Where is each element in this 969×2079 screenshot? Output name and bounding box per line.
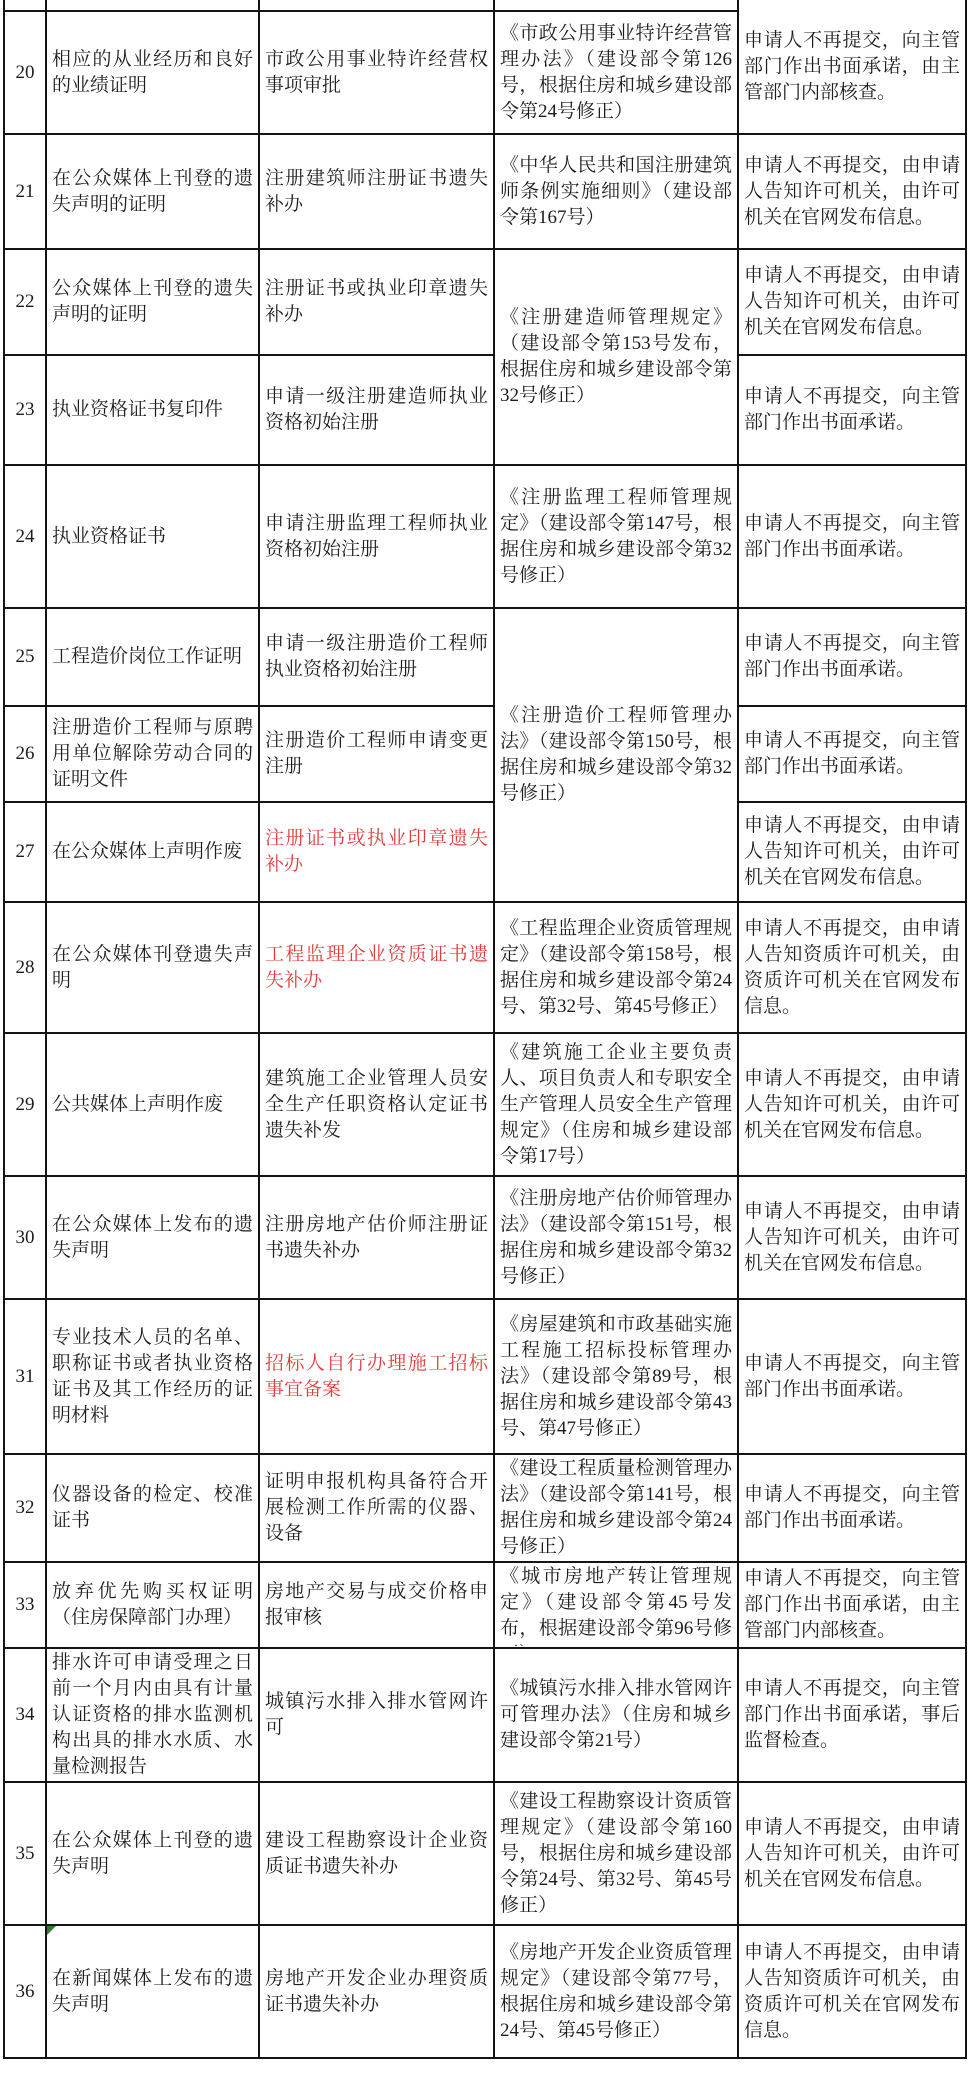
cell-basis: 《城市房地产转让管理规定》（建设部令第45号发布，根据建设部令第96号修正） [494,1562,738,1648]
cell-basis: 《工程监理企业资质管理规定》（建设部令第158号，根据住房和城乡建设部令第24号… [494,902,738,1033]
cell-method: 申请人不再提交，向主管部门作出书面承诺，由主管部门内部核查。 [738,1562,966,1648]
table-row: 35 在公众媒体上刊登的遗失声明 建设工程勘察设计企业资质证书遗失补办 《建设工… [4,1782,966,1925]
cell-material: 排水许可申请受理之日前一个月内由具有计量认证资格的排水监测机构出具的排水水质、水… [46,1648,259,1782]
cell-basis: 《市政公用事业特许经营管理办法》（建设部令第126号，根据住房和城乡建设部令第2… [494,11,738,134]
cell-seq: 35 [4,1782,46,1925]
cell-material [46,0,259,11]
cell-method: 申请人不再提交，向主管部门作出书面承诺。 [738,608,966,706]
cell-material: 专业技术人员的名单、职称证书或者执业资格证书及其工作经历的证明材料 [46,1299,259,1454]
cell-method: 申请人不再提交，由申请人告知许可机关，由许可机关在官网发布信息。 [738,802,966,902]
cell-basis: 《建设工程质量检测管理办法》（建设部令第141号，根据住房和城乡建设部令第24号… [494,1454,738,1562]
cell-basis: 《建筑施工企业主要负责人、项目负责人和专职安全生产管理人员安全生产管理规定》（住… [494,1033,738,1176]
cell-material: 仪器设备的检定、校准证书 [46,1454,259,1562]
cell-method: 申请人不再提交，向主管部门作出书面承诺。 [738,1454,966,1562]
table-row: 36 在新闻媒体上发布的遗失声明 房地产开发企业办理资质证书遗失补办 《房地产开… [4,1925,966,2058]
cell-item: 建筑施工企业管理人员安全生产任职资格认定证书遗失补发 [259,1033,494,1176]
cell-seq: 23 [4,355,46,465]
cell-basis: 《房屋建筑和市政基础实施工程施工招标投标管理办法》（建设部令第89号，根据住房和… [494,1299,738,1454]
table-row: 28 在公众媒体刊登遗失声明 工程监理企业资质证书遗失补办 《工程监理企业资质管… [4,902,966,1033]
cell-material: 在公众媒体上发布的遗失声明 [46,1176,259,1299]
cell-seq [4,0,46,11]
cell-seq: 27 [4,802,46,902]
cell-seq: 26 [4,706,46,802]
cell-material: 工程造价岗位工作证明 [46,608,259,706]
table-row: 23 执业资格证书复印件 申请一级注册建造师执业资格初始注册 申请人不再提交，向… [4,355,966,465]
cell-item: 证明申报机构具备符合开展检测工作所需的仪器、设备 [259,1454,494,1562]
cell-method: 申请人不再提交，向主管部门作出书面承诺。 [738,1299,966,1454]
cell-item: 建设工程勘察设计企业资质证书遗失补办 [259,1782,494,1925]
cell-method: 申请人不再提交，由申请人告知许可机关，由许可机关在官网发布信息。 [738,1033,966,1176]
table-row: 25 工程造价岗位工作证明 申请一级注册造价工程师执业资格初始注册 《注册造价工… [4,608,966,706]
cell-seq: 25 [4,608,46,706]
cell-seq: 20 [4,11,46,134]
cell-item: 工程监理企业资质证书遗失补办 [259,902,494,1033]
table-row-partial: 申请人不再提交，向主管部门作出书面承诺，由主管部门内部核查。 [4,0,966,11]
cell-item: 申请注册监理工程师执业资格初始注册 [259,465,494,608]
cell-material: 在公众媒体上声明作废 [46,802,259,902]
cell-method: 申请人不再提交，由申请人告知许可机关，由许可机关在官网发布信息。 [738,1782,966,1925]
cell-item: 市政公用事业特许经营权事项审批 [259,11,494,134]
cell-item [259,0,494,11]
cell-method: 申请人不再提交，由申请人告知资质许可机关，由资质许可机关在官网发布信息。 [738,1925,966,2058]
cell-method: 申请人不再提交，由申请人告知资质许可机关，由资质许可机关在官网发布信息。 [738,902,966,1033]
table-row: 32 仪器设备的检定、校准证书 证明申报机构具备符合开展检测工作所需的仪器、设备… [4,1454,966,1562]
cell-basis: 《注册房地产估价师管理办法》（建设部令第151号，根据住房和城乡建设部令第32号… [494,1176,738,1299]
cell-material: 公众媒体上刊登的遗失声明的证明 [46,249,259,355]
cell-item: 申请一级注册造价工程师执业资格初始注册 [259,608,494,706]
cell-item: 房地产交易与成交价格申报审核 [259,1562,494,1648]
cell-seq: 36 [4,1925,46,2058]
cell-item: 注册房地产估价师注册证书遗失补办 [259,1176,494,1299]
document-table: 申请人不再提交，向主管部门作出书面承诺，由主管部门内部核查。 20 相应的从业经… [3,0,967,2059]
table-row: 24 执业资格证书 申请注册监理工程师执业资格初始注册 《注册监理工程师管理规定… [4,465,966,608]
cell-seq: 22 [4,249,46,355]
cell-seq: 32 [4,1454,46,1562]
comment-flag-triangle [47,1926,56,1935]
cell-material: 在公众媒体上刊登的遗失声明的证明 [46,134,259,249]
table-row: 31 专业技术人员的名单、职称证书或者执业资格证书及其工作经历的证明材料 招标人… [4,1299,966,1454]
cell-seq: 33 [4,1562,46,1648]
cell-material: 在新闻媒体上发布的遗失声明 [46,1925,259,2058]
cell-item: 注册证书或执业印章遗失补办 [259,249,494,355]
table-row: 30 在公众媒体上发布的遗失声明 注册房地产估价师注册证书遗失补办 《注册房地产… [4,1176,966,1299]
cell-method: 申请人不再提交，由申请人告知许可机关，由许可机关在官网发布信息。 [738,1176,966,1299]
cell-material: 注册造价工程师与原聘用单位解除劳动合同的证明文件 [46,706,259,802]
cell-seq: 34 [4,1648,46,1782]
table-row: 26 注册造价工程师与原聘用单位解除劳动合同的证明文件 注册造价工程师申请变更注… [4,706,966,802]
table-row: 33 放弃优先购买权证明（住房保障部门办理） 房地产交易与成交价格申报审核 《城… [4,1562,966,1648]
cell-method: 申请人不再提交，由申请人告知许可机关，由许可机关在官网发布信息。 [738,249,966,355]
cell-method: 申请人不再提交，向主管部门作出书面承诺，由主管部门内部核查。 [738,0,966,134]
cell-seq: 21 [4,134,46,249]
cell-seq: 24 [4,465,46,608]
cell-method: 申请人不再提交，向主管部门作出书面承诺。 [738,465,966,608]
cell-basis [494,0,738,11]
cell-method: 申请人不再提交，由申请人告知许可机关，由许可机关在官网发布信息。 [738,134,966,249]
cell-material: 执业资格证书复印件 [46,355,259,465]
cell-basis-clipped-text: 《城市房地产转让管理规定》（建设部令第45号发布，根据建设部令第96号修正） [500,1564,732,1646]
cell-seq: 28 [4,902,46,1033]
cell-item: 注册建筑师注册证书遗失补办 [259,134,494,249]
cell-item: 注册造价工程师申请变更注册 [259,706,494,802]
cell-material: 相应的从业经历和良好的业绩证明 [46,11,259,134]
cell-seq: 29 [4,1033,46,1176]
cell-basis: 《建设工程勘察设计资质管理规定》（建设部令第160号，根据住房和城乡建设部令第2… [494,1782,738,1925]
cell-basis: 《注册造价工程师管理办法》（建设部令第150号，根据住房和城乡建设部令第32号修… [494,608,738,902]
cell-material: 在公众媒体上刊登的遗失声明 [46,1782,259,1925]
cell-material: 公共媒体上声明作废 [46,1033,259,1176]
cell-material: 在公众媒体刊登遗失声明 [46,902,259,1033]
table-row: 21 在公众媒体上刊登的遗失声明的证明 注册建筑师注册证书遗失补办 《中华人民共… [4,134,966,249]
cell-material-text: 在新闻媒体上发布的遗失声明 [52,1968,253,2015]
cell-seq: 31 [4,1299,46,1454]
cell-seq: 30 [4,1176,46,1299]
table-row: 22 公众媒体上刊登的遗失声明的证明 注册证书或执业印章遗失补办 《注册建造师管… [4,249,966,355]
cell-method: 申请人不再提交，向主管部门作出书面承诺。 [738,355,966,465]
cell-method: 申请人不再提交，向主管部门作出书面承诺。 [738,706,966,802]
cell-item: 申请一级注册建造师执业资格初始注册 [259,355,494,465]
cell-basis: 《城镇污水排入排水管网许可管理办法》（住房和城乡建设部令第21号） [494,1648,738,1782]
cell-item: 注册证书或执业印章遗失补办 [259,802,494,902]
cell-item: 房地产开发企业办理资质证书遗失补办 [259,1925,494,2058]
table-row: 27 在公众媒体上声明作废 注册证书或执业印章遗失补办 申请人不再提交，由申请人… [4,802,966,902]
table-row: 29 公共媒体上声明作废 建筑施工企业管理人员安全生产任职资格认定证书遗失补发 … [4,1033,966,1176]
cell-item: 招标人自行办理施工招标事宜备案 [259,1299,494,1454]
cell-item: 城镇污水排入排水管网许可 [259,1648,494,1782]
cell-basis: 《中华人民共和国注册建筑师条例实施细则》（建设部令第167号） [494,134,738,249]
cell-material: 执业资格证书 [46,465,259,608]
cell-material: 放弃优先购买权证明（住房保障部门办理） [46,1562,259,1648]
cell-basis: 《注册建造师管理规定》（建设部令第153号发布，根据住房和城乡建设部令第32号修… [494,249,738,465]
cell-basis: 《注册监理工程师管理规定》（建设部令第147号，根据住房和城乡建设部令第32号修… [494,465,738,608]
cell-basis: 《房地产开发企业资质管理规定》（建设部令第77号，根据住房和城乡建设部令第24号… [494,1925,738,2058]
cell-method: 申请人不再提交，向主管部门作出书面承诺，事后监督检查。 [738,1648,966,1782]
table-row: 34 排水许可申请受理之日前一个月内由具有计量认证资格的排水监测机构出具的排水水… [4,1648,966,1782]
